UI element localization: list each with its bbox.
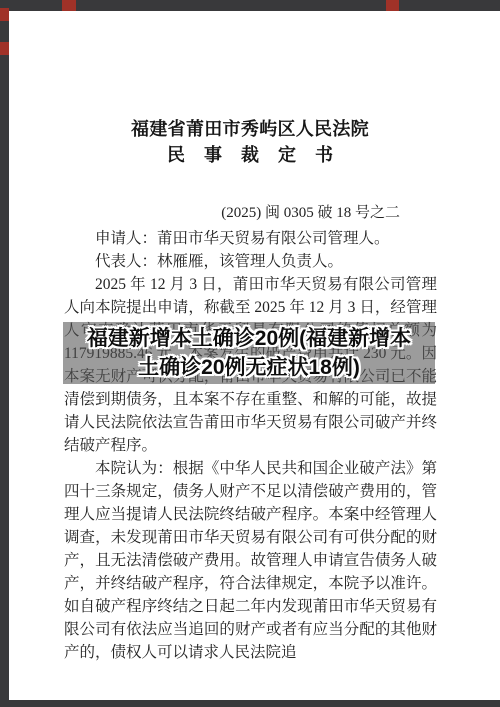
case-number: (2025) 闽 0305 破 18 号之二 (221, 201, 400, 222)
frame-red-mark-top-left (62, 0, 76, 11)
paragraph-court-opinion: 本院认为：根据《中华人民共和国企业破产法》第四十三条规定，债务人财产不足以清偿破… (64, 457, 437, 664)
headline-line-2: 土确诊20例无症状18例) (138, 353, 360, 382)
frame-red-mark-top-right (386, 0, 399, 11)
frame-left-bar (0, 0, 9, 707)
document-type-title: 民事裁定书 (0, 141, 500, 167)
paragraph-applicant: 申请人：莆田市华天贸易有限公司管理人。 (64, 227, 437, 250)
document-page: 福建省莆田市秀屿区人民法院 民事裁定书 (2025) 闽 0305 破 18 号… (0, 0, 500, 707)
frame-bottom-bar (0, 700, 500, 707)
frame-red-mark-left-upper (0, 8, 9, 21)
headline-line-1: 福建新增本土确诊20例(福建新增本 (87, 324, 411, 353)
ruling-body: 申请人：莆田市华天贸易有限公司管理人。 代表人：林雁雁，该管理人负责人。 202… (64, 227, 437, 664)
frame-red-mark-left-lower (0, 42, 9, 55)
headline-overlay: 福建新增本土确诊20例(福建新增本 土确诊20例无症状18例) (63, 322, 435, 384)
court-name-title: 福建省莆田市秀屿区人民法院 (0, 115, 500, 141)
paragraph-representative: 代表人：林雁雁，该管理人负责人。 (64, 250, 437, 273)
